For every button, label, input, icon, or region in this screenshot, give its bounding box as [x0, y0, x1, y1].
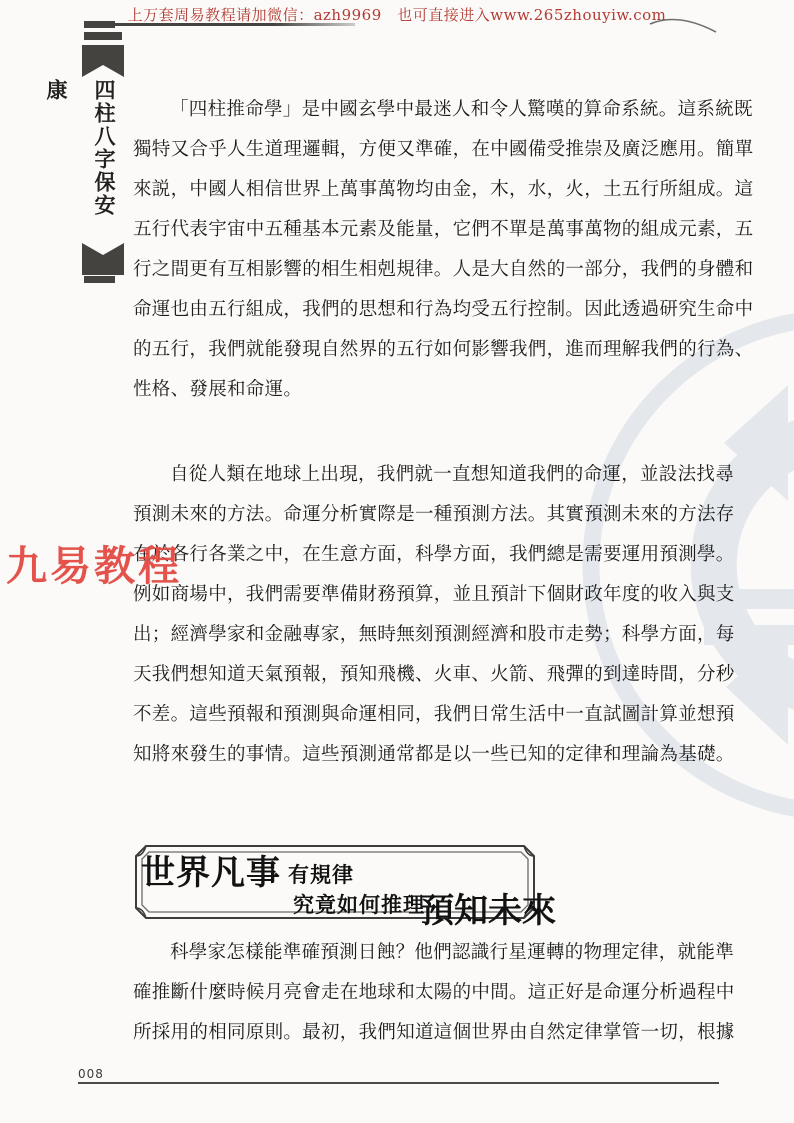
section-title-line1-large: 世界凡事 [141, 845, 281, 894]
body-line: 來説，中國人相信世界上萬事萬物均由金，木，水，火，土五行所組成。這 [133, 170, 664, 210]
paragraph-1: 「四柱推命學」是中國玄學中最迷人和令人驚嘆的算命系統。這系統既 獨特又合乎人生道… [133, 90, 664, 410]
body-line: 確推斷什麼時候月亮會走在地球和太陽的中間。這正好是命運分析過程中 [133, 973, 664, 1013]
body-line: 獨特又合乎人生道理邏輯，方便又準確，在中國備受推崇及廣泛應用。簡單 [133, 130, 664, 170]
body-line: 的五行，我們就能發現自然界的五行如何影響我們，進而理解我們的行為、 [133, 330, 664, 370]
body-line: 科學家怎樣能準確預測日蝕？他們認識行星運轉的物理定律，就能準 [133, 933, 664, 973]
paragraph-2: 自從人類在地球上出現，我們就一直想知道我們的命運，並設法找尋 預測未來的方法。命… [133, 455, 664, 775]
body-line: 不差。這些預報和預測與命運相同，我們日常生活中一直試圖計算並想預 [133, 695, 664, 735]
red-stamp-watermark: 九易教程 [6, 533, 182, 592]
body-line: 天我們想知道天氣預報，預知飛機、火車、火箭、飛彈的到達時間，分秒 [133, 655, 664, 695]
page-curl-line [648, 8, 720, 44]
side-ribbon-banner: 四柱八字保安康 [80, 19, 128, 285]
body-line: 在於各行各業之中，在生意方面，科學方面，我們總是需要運用預測學。 [133, 535, 664, 575]
body-line: 性格、發展和命運。 [133, 370, 664, 410]
body-line: 行之間更有互相影響的相生相剋規律。人是大自然的一部分，我們的身體和 [133, 250, 664, 290]
body-line: 「四柱推命學」是中國玄學中最迷人和令人驚嘆的算命系統。這系統既 [133, 90, 664, 130]
body-line: 自從人類在地球上出現，我們就一直想知道我們的命運，並設法找尋 [133, 455, 664, 495]
footer-horizontal-rule [78, 1082, 719, 1084]
paragraph-3: 科學家怎樣能準確預測日蝕？他們認識行星運轉的物理定律，就能準 確推斷什麼時候月亮… [133, 933, 664, 1053]
section-title-box: 世界凡事 有規律 究竟如何推理 預知未來 [133, 843, 537, 921]
page-number: 008 [78, 1067, 104, 1081]
body-line: 預測未來的方法。命運分析實際是一種預測方法。其實預測未來的方法存 [133, 495, 664, 535]
body-line: 例如商場中，我們需要準備財務預算，並且預計下個財政年度的收入與支 [133, 575, 664, 615]
section-title-line2-small: 究竟如何推理 [293, 889, 425, 919]
section-title-line1-small: 有規律 [288, 859, 354, 889]
body-line: 知將來發生的事情。這些預測通常都是以一些已知的定律和理論為基礎。 [133, 735, 664, 775]
body-line: 五行代表宇宙中五種基本元素及能量，它們不單是萬事萬物的組成元素，五 [133, 210, 664, 250]
body-line: 出；經濟學家和金融專家，無時無刻預測經濟和股市走勢；科學方面，每 [133, 615, 664, 655]
section-title-line2-large: 預知未來 [420, 883, 556, 932]
body-line: 命運也由五行組成，我們的思想和行為均受五行控制。因此透過研究生命中 [133, 290, 664, 330]
body-line: 所採用的相同原則。最初，我們知道這個世界由自然定律掌管一切，根據 [133, 1013, 664, 1053]
side-banner-title: 四柱八字保安康 [80, 79, 128, 239]
